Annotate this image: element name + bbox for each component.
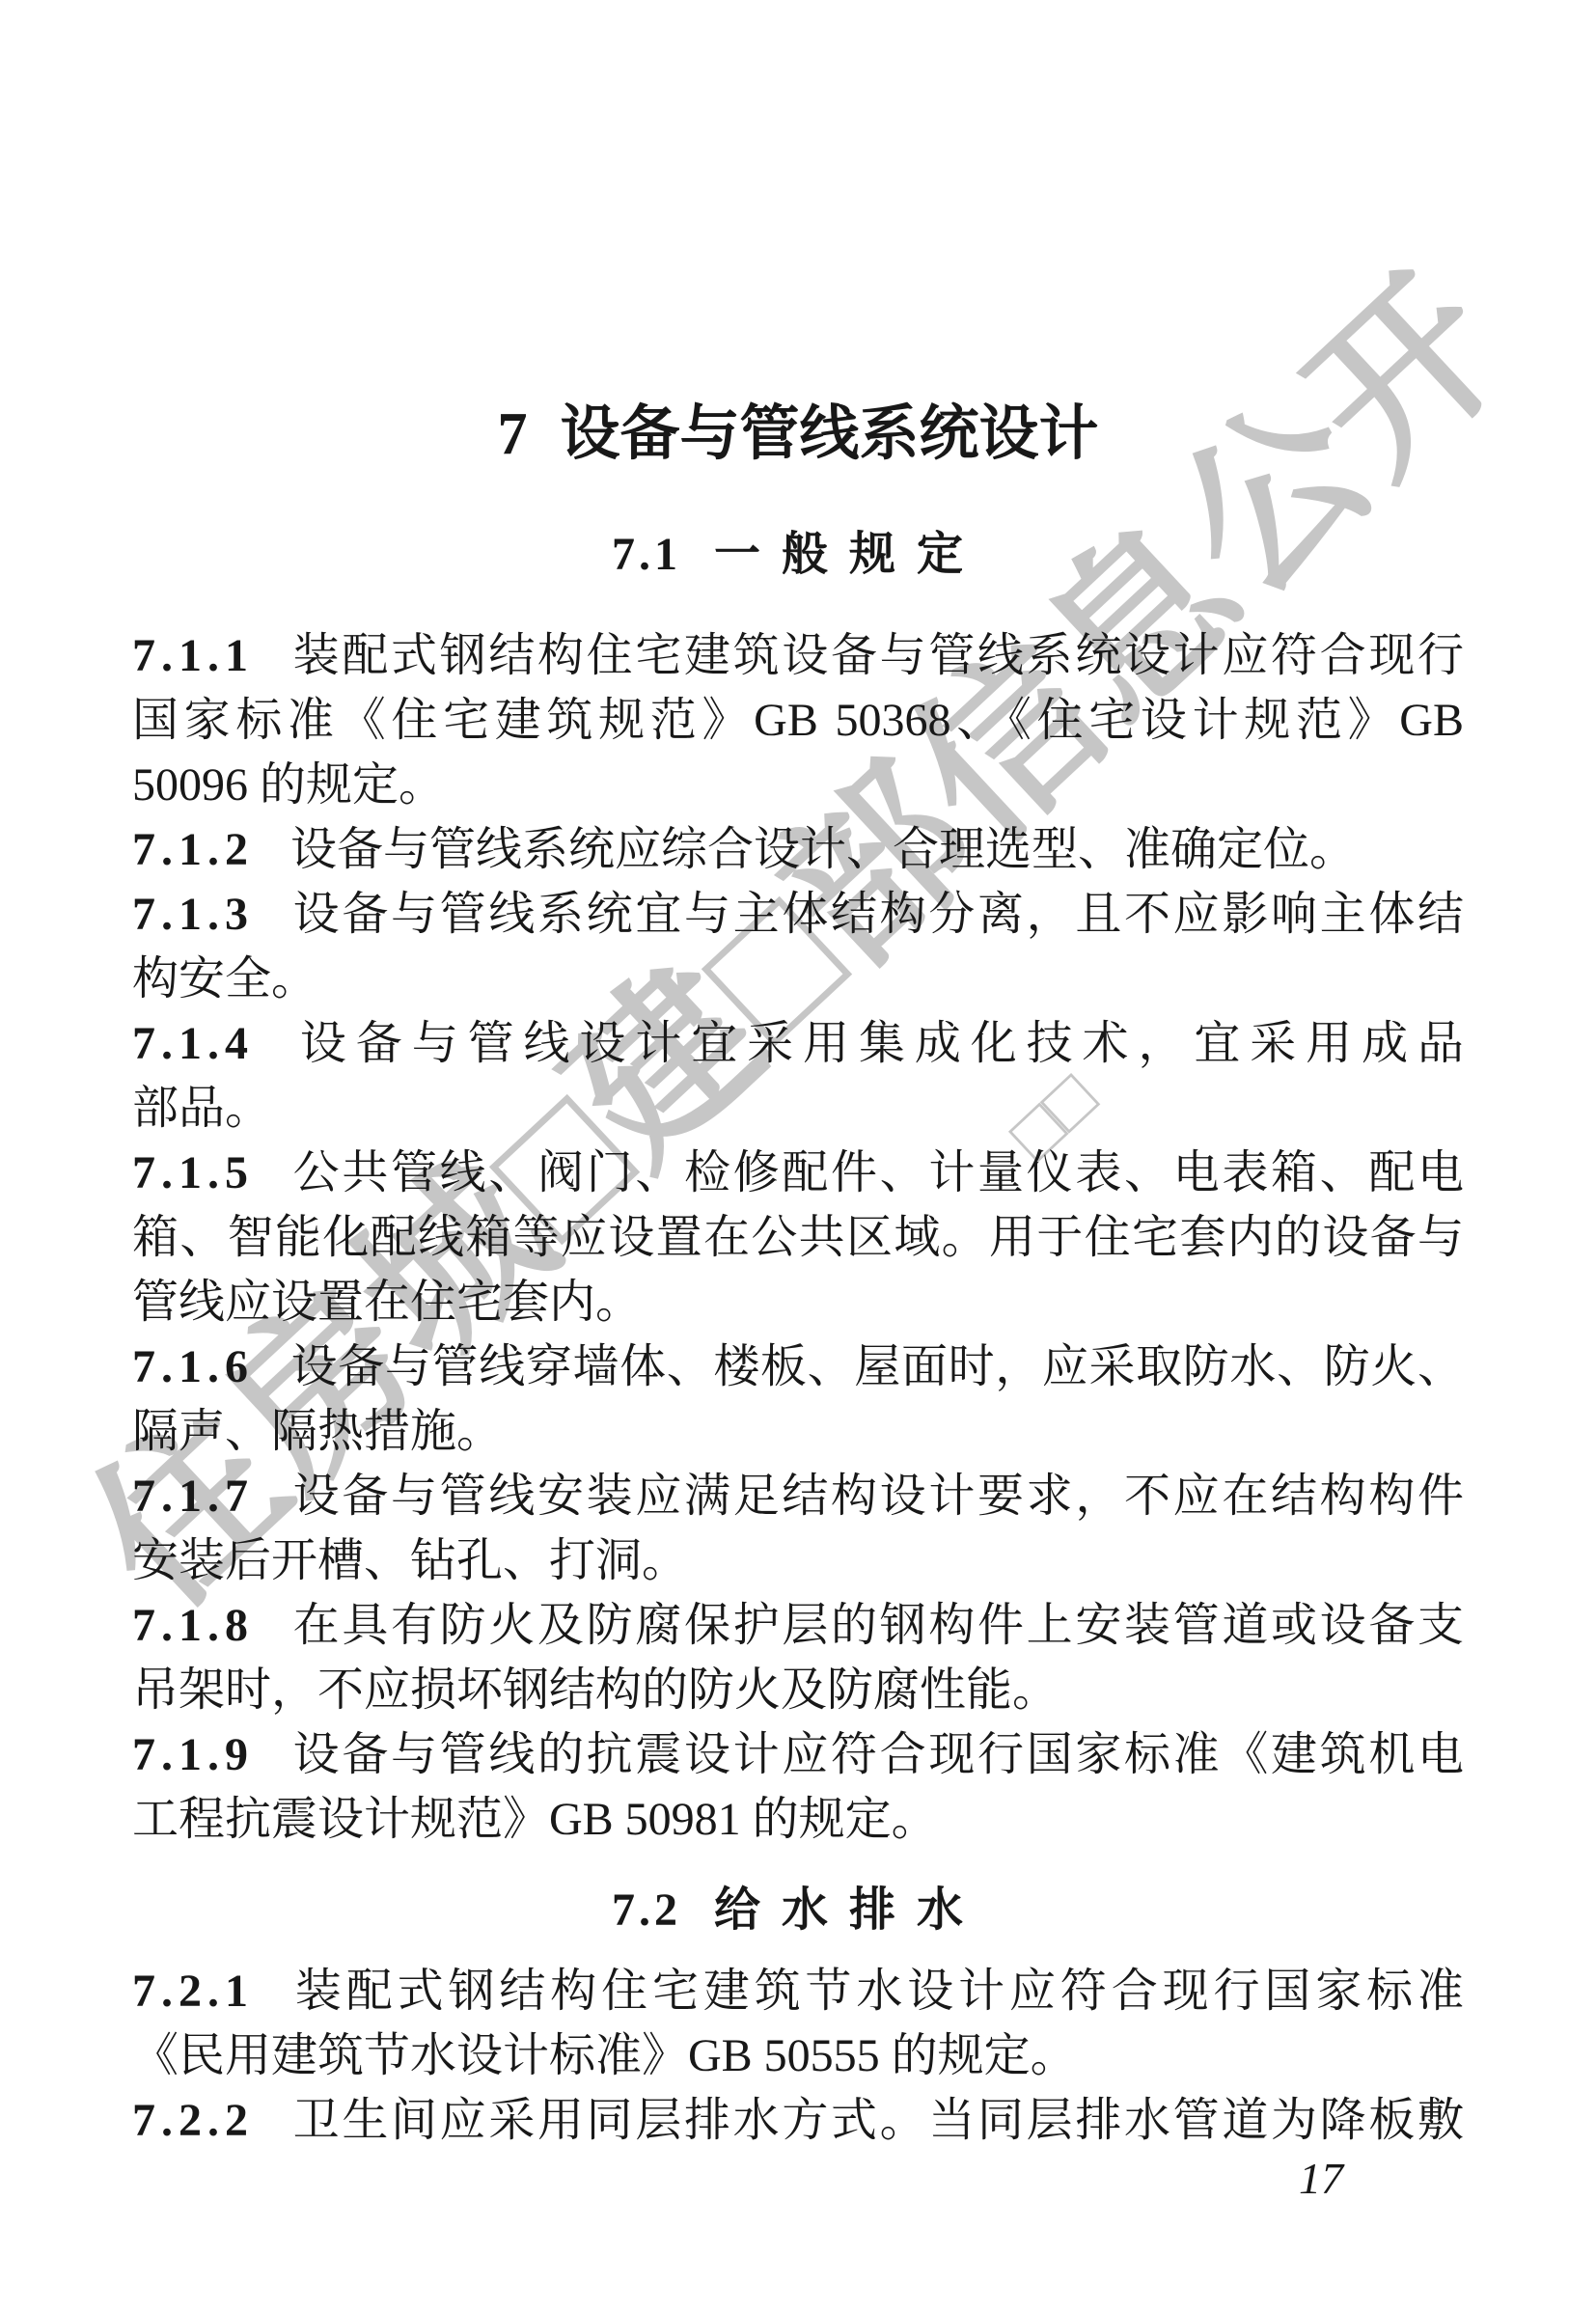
clause-line: 50096 的规定。 — [132, 753, 1464, 817]
clause-number: 7.1.8 — [132, 1600, 254, 1651]
clause-text: 装配式钢结构住宅建筑节水设计应符合现行国家标准 — [290, 1966, 1464, 2017]
clause-number: 7.1.1 — [132, 630, 254, 681]
clause-line: 7.1.7设备与管线安装应满足结构设计要求，不应在结构构件 — [132, 1464, 1464, 1528]
clause-number: 7.2.2 — [132, 2095, 254, 2146]
clause-number: 7.1.3 — [132, 889, 254, 940]
clause-line: 构安全。 — [132, 947, 1464, 1011]
clause-text: 设备与管线安装应满足结构设计要求，不应在结构构件 — [290, 1471, 1464, 1522]
clause-text: 设备与管线系统宜与主体结构分离，且不应影响主体结 — [290, 889, 1464, 940]
section-heading-7-2: 7.2给水排水 — [132, 1882, 1464, 1940]
clause-text: 设备与管线穿墙体、楼板、屋面时，应采取防水、防火、 — [290, 1341, 1464, 1392]
clause-number: 7.1.5 — [132, 1147, 254, 1198]
clause-line: 7.1.5公共管线、阀门、检修配件、计量仪表、电表箱、配电 — [132, 1141, 1464, 1205]
chapter-number: 7 — [497, 401, 527, 467]
clause-number: 7.1.2 — [132, 824, 254, 875]
clause-line: 箱、智能化配线箱等应设置在公共区域。用于住宅套内的设备与 — [132, 1205, 1464, 1270]
clause-text: 在具有防火及防腐保护层的钢构件上安装管道或设备支 — [290, 1600, 1464, 1651]
clause-line: 7.1.6设备与管线穿墙体、楼板、屋面时，应采取防水、防火、 — [132, 1334, 1464, 1399]
clause-text: 设备与管线系统应综合设计、合理选型、准确定位。 — [290, 824, 1356, 875]
clause-line: 工程抗震设计规范》GB 50981 的规定。 — [132, 1787, 1464, 1852]
clause-text: 卫生间应采用同层排水方式。当同层排水管道为降板敷 — [290, 2095, 1464, 2146]
section-heading-7-1: 7.1一般规定 — [132, 526, 1464, 584]
clause-number: 7.1.7 — [132, 1471, 254, 1522]
clause-line: 7.1.3设备与管线系统宜与主体结构分离，且不应影响主体结 — [132, 882, 1464, 947]
clause-number: 7.1.6 — [132, 1341, 254, 1392]
section-7-2-body: 7.2.1装配式钢结构住宅建筑节水设计应符合现行国家标准 《民用建筑节水设计标准… — [132, 1959, 1464, 2153]
section-title: 给水排水 — [714, 1885, 984, 1936]
clause-line: 《民用建筑节水设计标准》GB 50555 的规定。 — [132, 2023, 1464, 2088]
clause-line: 7.1.4设备与管线设计宜采用集成化技术，宜采用成品 — [132, 1011, 1464, 1076]
clause-number: 7.1.9 — [132, 1729, 254, 1780]
clause-line: 7.1.1装配式钢结构住宅建筑设备与管线系统设计应符合现行 — [132, 623, 1464, 688]
clause-text: 设备与管线设计宜采用集成化技术，宜采用成品 — [290, 1018, 1464, 1069]
section-7-1-body: 7.1.1装配式钢结构住宅建筑设备与管线系统设计应符合现行 国家标准《住宅建筑规… — [132, 623, 1464, 1852]
clause-line: 7.1.9设备与管线的抗震设计应符合现行国家标准《建筑机电 — [132, 1722, 1464, 1787]
clause-line: 7.2.1装配式钢结构住宅建筑节水设计应符合现行国家标准 — [132, 1959, 1464, 2023]
clause-line: 7.2.2卫生间应采用同层排水方式。当同层排水管道为降板敷 — [132, 2088, 1464, 2153]
clause-line: 7.1.2设备与管线系统应综合设计、合理选型、准确定位。 — [132, 817, 1464, 882]
section-title: 一般规定 — [714, 529, 984, 580]
clause-line: 吊架时，不应损坏钢结构的防火及防腐性能。 — [132, 1658, 1464, 1722]
clause-line: 部品。 — [132, 1076, 1464, 1141]
chapter-title-text: 设备与管线系统设计 — [560, 401, 1098, 467]
clause-text: 装配式钢结构住宅建筑设备与管线系统设计应符合现行 — [290, 630, 1464, 681]
page-number: 17 — [1299, 2154, 1343, 2204]
clause-line: 隔声、隔热措施。 — [132, 1399, 1464, 1464]
section-number: 7.1 — [612, 529, 681, 580]
clause-line: 国家标准《住宅建筑规范》GB 50368、《住宅设计规范》GB — [132, 688, 1464, 753]
clause-number: 7.1.4 — [132, 1018, 254, 1069]
document-page: 住房城□建□部信息公开 □□ 7设备与管线系统设计 7.1一般规定 7.1.1装… — [0, 0, 1596, 2311]
page-content: 7设备与管线系统设计 7.1一般规定 7.1.1装配式钢结构住宅建筑设备与管线系… — [132, 400, 1464, 2153]
clause-text: 设备与管线的抗震设计应符合现行国家标准《建筑机电 — [290, 1729, 1464, 1780]
clause-number: 7.2.1 — [132, 1966, 254, 2017]
clause-text: 公共管线、阀门、检修配件、计量仪表、电表箱、配电 — [290, 1147, 1464, 1198]
clause-line: 7.1.8在具有防火及防腐保护层的钢构件上安装管道或设备支 — [132, 1593, 1464, 1658]
section-number: 7.2 — [612, 1885, 681, 1936]
chapter-title: 7设备与管线系统设计 — [132, 400, 1464, 468]
clause-line: 管线应设置在住宅套内。 — [132, 1270, 1464, 1334]
clause-line: 安装后开槽、钻孔、打洞。 — [132, 1528, 1464, 1593]
